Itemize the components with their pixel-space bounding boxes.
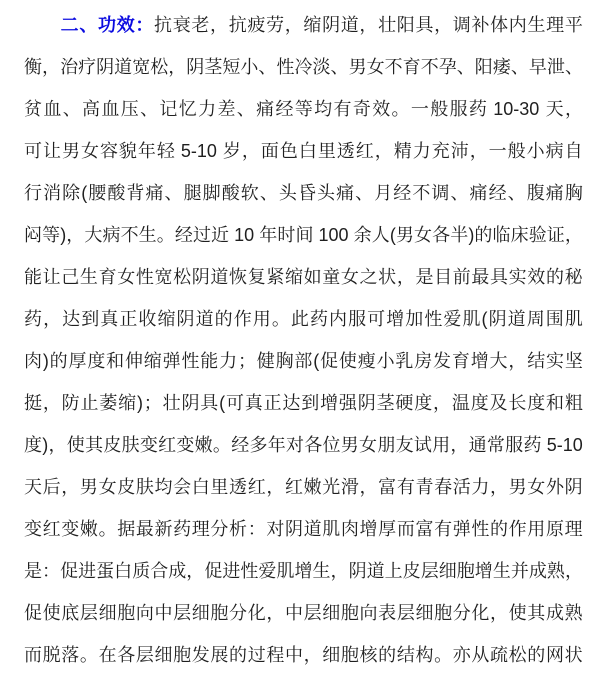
- body-text: 淡: [313, 46, 331, 88]
- body-text: 作: [234, 298, 252, 340]
- body-text: 年: [268, 424, 286, 466]
- body-text: 中: [285, 634, 303, 676]
- body-text: 除: [62, 172, 80, 214]
- body-text: 合: [150, 550, 168, 592]
- body-text: 是: [24, 550, 42, 592]
- heading-text: ：: [135, 4, 153, 46]
- body-text: ，: [490, 592, 508, 634]
- body-text: 围: [546, 298, 564, 340]
- body-text: 熟: [565, 592, 583, 634]
- body-text: 成: [546, 592, 564, 634]
- body-text: 闷: [24, 214, 42, 256]
- body-text: 向: [136, 592, 154, 634]
- body-text: 生: [80, 256, 98, 298]
- body-text: 面: [261, 130, 279, 172]
- body-text: 发: [433, 340, 451, 382]
- body-text: 细: [439, 550, 457, 592]
- body-text: 力: [198, 88, 216, 130]
- paragraph-line: 度)，使其皮肤变红变嫩。经多年对各位男女朋友试用，通常服药 5-10: [24, 424, 583, 466]
- body-text: 内: [329, 298, 347, 340]
- body-text: 构: [415, 634, 433, 676]
- body-text: ；: [238, 340, 256, 382]
- body-text: 调: [431, 172, 449, 214]
- body-text: 、: [165, 172, 183, 214]
- paragraph-line-first: 二、功效：抗衰老，抗疲劳，缩阴道，壮阳具，调补体内生理平: [24, 4, 583, 46]
- body-text: 、: [258, 46, 276, 88]
- body-text: 孕: [439, 46, 457, 88]
- document-page: 二、功效：抗衰老，抗疲劳，缩阴道，壮阳具，调补体内生理平衡，治疗阴道宽松，阴茎短…: [0, 0, 607, 692]
- body-text: 痛: [546, 172, 564, 214]
- body-text: 小: [240, 46, 258, 88]
- body-text: 层: [397, 592, 415, 634]
- body-text: 增: [294, 550, 312, 592]
- body-text: 药: [469, 88, 487, 130]
- body-text: 红: [356, 130, 374, 172]
- body-text: 道: [210, 256, 228, 298]
- body-text: 、: [457, 46, 475, 88]
- body-text: (: [81, 172, 87, 214]
- body-text: 部: [294, 340, 312, 382]
- body-text: 上: [385, 550, 403, 592]
- body-text: 貌: [119, 130, 137, 172]
- body-text: 层: [421, 550, 439, 592]
- body-text: 育: [403, 46, 421, 88]
- body-text: 止: [80, 382, 98, 424]
- paragraph-line: 可让男女容貌年轻 5-10 岁，面色白里透红，精力充沛，一般小病自: [24, 130, 583, 172]
- body-text: 进: [222, 550, 240, 592]
- body-text: 及: [490, 382, 508, 424]
- body-text: 内: [509, 4, 527, 46]
- body-text: ，: [285, 4, 303, 46]
- body-text: 会: [173, 466, 191, 508]
- body-text: 、: [511, 46, 529, 88]
- body-text: 滑: [341, 466, 359, 508]
- body-text: 松: [173, 256, 191, 298]
- body-text: 的: [490, 508, 508, 550]
- body-text: ，: [565, 550, 583, 592]
- body-text: 月: [374, 172, 392, 214]
- body-text: 。: [80, 634, 98, 676]
- body-text: 增: [475, 550, 493, 592]
- body-text: 阴: [192, 256, 210, 298]
- body-text: 。: [99, 508, 117, 550]
- body-text: 目: [434, 256, 452, 298]
- body-text: ，: [470, 130, 488, 172]
- body-text: 生: [139, 214, 157, 256]
- body-text: 分: [210, 508, 228, 550]
- body-text: 胸: [276, 340, 294, 382]
- body-text: 缩: [285, 256, 303, 298]
- body-text: 正: [264, 382, 282, 424]
- body-text: 光: [322, 466, 340, 508]
- body-text: 周: [527, 298, 545, 340]
- body-text: 可: [367, 298, 385, 340]
- body-text: 抗: [229, 4, 247, 46]
- body-text: 宽: [154, 256, 172, 298]
- body-text: 使: [339, 340, 357, 382]
- body-text: 使: [43, 592, 61, 634]
- body-text: 变: [140, 424, 158, 466]
- body-text: 效: [372, 88, 390, 130]
- body-text: 肌: [276, 550, 294, 592]
- body-text: 头: [279, 172, 297, 214]
- body-text: 皮: [403, 550, 421, 592]
- body-text: 的: [546, 256, 564, 298]
- body-text: 层: [173, 592, 191, 634]
- body-text: 透: [337, 130, 355, 172]
- body-text: 达: [282, 382, 300, 424]
- paragraph-line: 而脱落。在各层细胞发展的过程中，细胞核的结构。亦从疏松的网状: [24, 634, 583, 676]
- body-text: 爱: [443, 298, 461, 340]
- body-text: ，: [397, 256, 415, 298]
- body-text: 弹: [163, 340, 181, 382]
- body-text: 性: [181, 340, 199, 382]
- body-text: 蛋: [96, 550, 114, 592]
- body-text: 皮: [103, 424, 121, 466]
- body-text: 余: [354, 214, 372, 256]
- body-text: 增: [360, 508, 378, 550]
- body-text: 到: [301, 382, 319, 424]
- body-text: 度: [471, 382, 489, 424]
- body-text: ，: [360, 466, 378, 508]
- body-text: 一: [411, 88, 429, 130]
- body-text: 奇: [353, 88, 371, 130]
- body-text: 外: [546, 466, 564, 508]
- body-text: 大: [490, 340, 508, 382]
- body-text: 经: [489, 172, 507, 214]
- body-text: 弹: [453, 508, 471, 550]
- body-text: (: [219, 382, 225, 424]
- paragraph-line: 变红变嫩。据最新药理分析：对阴道肌肉增厚而富有弹性的作用原理: [24, 508, 583, 550]
- body-text: 过: [193, 214, 211, 256]
- body-text: 自: [565, 130, 583, 172]
- body-text: 向: [360, 592, 378, 634]
- body-text: 进: [78, 550, 96, 592]
- body-text: 性: [240, 550, 258, 592]
- body-text: 间: [295, 214, 313, 256]
- body-text: 中: [285, 592, 303, 634]
- body-text: 里: [210, 466, 228, 508]
- body-text: 胞: [457, 550, 475, 592]
- body-text: 、: [260, 172, 278, 214]
- body-text: 细: [192, 592, 210, 634]
- body-text: 精: [394, 130, 412, 172]
- body-text: 背: [126, 172, 144, 214]
- body-text: 年: [259, 214, 277, 256]
- body-text: 从: [471, 634, 489, 676]
- body-text: 有: [434, 508, 452, 550]
- body-text: 可: [24, 130, 42, 172]
- body-text: 调: [453, 4, 471, 46]
- body-text: 服: [450, 88, 468, 130]
- body-text: 平: [565, 4, 583, 46]
- body-text: 嫩: [304, 466, 322, 508]
- body-text: 女: [117, 256, 135, 298]
- body-text: 活: [453, 466, 471, 508]
- body-text: 的: [474, 214, 492, 256]
- body-text: ，: [242, 130, 260, 172]
- body-text: 加: [405, 298, 423, 340]
- body-text: 经: [275, 88, 293, 130]
- body-text: 衡: [24, 46, 42, 88]
- body-text: ，: [210, 4, 228, 46]
- body-text: 力: [413, 130, 431, 172]
- body-text: 5-10: [542, 424, 583, 466]
- body-text: 厚: [68, 340, 86, 382]
- body-text: ，: [508, 340, 526, 382]
- body-text: 老: [191, 4, 209, 46]
- paragraph-line: 肉)的厚度和伸缩弹性能力；健胸部(促使瘦小乳房发育增大，结实坚: [24, 340, 583, 382]
- body-text: 沛: [451, 130, 469, 172]
- body-text: 程: [266, 634, 284, 676]
- body-text: 挺: [24, 382, 42, 424]
- body-text: 阴: [181, 382, 199, 424]
- body-text: 层: [80, 592, 98, 634]
- body-text: ，: [266, 592, 284, 634]
- body-text: 昏: [298, 172, 316, 214]
- body-text: 的: [50, 340, 68, 382]
- body-text: 血: [101, 88, 119, 130]
- body-text: 肌: [322, 508, 340, 550]
- body-text: 细: [99, 592, 117, 634]
- body-text: 短: [222, 46, 240, 88]
- body-text: 、: [508, 172, 526, 214]
- body-text: 中: [154, 592, 172, 634]
- body-text: ): [43, 340, 49, 382]
- body-text: 年: [138, 130, 156, 172]
- body-text: 。: [272, 298, 290, 340]
- body-text: 过: [248, 634, 266, 676]
- body-text: 嫩: [80, 508, 98, 550]
- body-text: 作: [509, 508, 527, 550]
- body-text: 和: [546, 382, 564, 424]
- body-text: 并: [511, 550, 529, 592]
- paragraph-line: 能让己生育女性宽松阴道恢复紧缩如童女之状，是目前最具实效的秘: [24, 256, 583, 298]
- body-text: 泄: [547, 46, 565, 88]
- body-text: 治: [60, 46, 78, 88]
- body-text: 肤: [122, 424, 140, 466]
- body-text: 抗: [154, 4, 172, 46]
- body-text: ，: [66, 214, 84, 256]
- body-text: 道: [508, 298, 526, 340]
- body-text: 。: [157, 214, 175, 256]
- heading-text: 、: [79, 4, 97, 46]
- body-text: 细: [322, 592, 340, 634]
- body-text: 阳: [397, 4, 415, 46]
- body-text: 发: [192, 634, 210, 676]
- body-text: 缩: [303, 4, 321, 46]
- body-text: 友: [396, 424, 414, 466]
- body-text: 细: [415, 592, 433, 634]
- body-text: 用: [432, 424, 450, 466]
- heading-text: 二: [61, 4, 79, 46]
- body-text: 各: [432, 214, 450, 256]
- body-text: 茎: [204, 46, 222, 88]
- body-text: 而: [397, 508, 415, 550]
- body-text: 不: [385, 46, 403, 88]
- body-text: 、: [565, 46, 583, 88]
- body-text: 具: [490, 256, 508, 298]
- body-text: 冷: [294, 46, 312, 88]
- body-text: (: [482, 298, 488, 340]
- body-text: 胞: [434, 592, 452, 634]
- body-text: 促: [204, 550, 222, 592]
- body-text: 用: [253, 298, 271, 340]
- body-text: 痛: [336, 172, 354, 214]
- body-text: 5-10: [176, 130, 222, 172]
- body-text: 是: [415, 256, 433, 298]
- body-text: 各: [304, 424, 322, 466]
- body-text: 分: [229, 592, 247, 634]
- body-text: 层: [136, 634, 154, 676]
- body-text: 健: [257, 340, 275, 382]
- body-text: 成: [168, 550, 186, 592]
- body-text: 春: [434, 466, 452, 508]
- body-text: 的: [527, 634, 545, 676]
- body-text: 10: [229, 214, 259, 256]
- body-text: 强: [339, 382, 357, 424]
- body-text: ：: [248, 508, 266, 550]
- body-text: 、: [140, 88, 158, 130]
- body-text: ): [137, 382, 143, 424]
- body-text: 核: [360, 634, 378, 676]
- body-text: 状: [565, 634, 583, 676]
- body-text: 促: [24, 592, 42, 634]
- body-text: 化: [471, 592, 489, 634]
- body-text: 、: [355, 172, 373, 214]
- body-text: 消: [43, 172, 61, 214]
- paragraph-line: 贫血、高血压、记忆力差、痛经等均有奇效。一般服药 10-30 天，: [24, 88, 583, 130]
- body-text: 证: [547, 214, 565, 256]
- body-text: 防: [62, 382, 80, 424]
- body-text: 使: [509, 592, 527, 634]
- body-text: 胞: [210, 592, 228, 634]
- body-text: 宽: [132, 46, 150, 88]
- body-text: 药: [173, 508, 191, 550]
- body-text: 高: [82, 88, 100, 130]
- body-text: ): [468, 214, 474, 256]
- body-text: 性: [424, 298, 442, 340]
- body-text: ，: [168, 46, 186, 88]
- body-text: 变: [61, 508, 79, 550]
- body-text: 长: [508, 382, 526, 424]
- body-text: 阴: [186, 46, 204, 88]
- body-text: 增: [386, 298, 404, 340]
- body-text: 天: [24, 466, 42, 508]
- body-text: 忆: [179, 88, 197, 130]
- body-text: 经: [231, 424, 249, 466]
- body-text: 临: [493, 214, 511, 256]
- body-text: 记: [159, 88, 177, 130]
- body-text: 小: [527, 130, 545, 172]
- body-text: 肉: [341, 508, 359, 550]
- body-text: 之: [360, 256, 378, 298]
- body-text: 病: [546, 130, 564, 172]
- body-text: 男: [396, 214, 414, 256]
- body-text: 女: [99, 466, 117, 508]
- body-text: 如: [304, 256, 322, 298]
- body-text: 析: [229, 508, 247, 550]
- body-text: 质: [132, 550, 150, 592]
- body-text: 增: [471, 340, 489, 382]
- body-text: 状: [378, 256, 396, 298]
- body-text: 和: [106, 340, 124, 382]
- body-text: 床: [511, 214, 529, 256]
- body-text: 壮: [378, 4, 396, 46]
- body-text: 对: [266, 508, 284, 550]
- body-text: 压: [121, 88, 139, 130]
- body-text: ，: [359, 4, 377, 46]
- paragraph-line: 行消除(腰酸背痛、腿脚酸软、头昏头痛、月经不调、痛经、腹痛胸: [24, 172, 583, 214]
- body-text: 验: [529, 214, 547, 256]
- body-text: 肌: [462, 298, 480, 340]
- body-text: 阴: [322, 4, 340, 46]
- body-text: ): [60, 214, 66, 256]
- body-text: 不: [121, 214, 139, 256]
- body-text: 道: [341, 4, 359, 46]
- body-text: 不: [421, 46, 439, 88]
- body-text: 通: [469, 424, 487, 466]
- body-text: ，: [42, 46, 60, 88]
- paragraph-line: 挺，防止萎缩)；壮阴具(可真正达到增强阴茎硬度，温度及长度和粗: [24, 382, 583, 424]
- paragraph-line: 天后，男女皮肤均会白里透红，红嫩光滑，富有青春活力，男女外阴: [24, 466, 583, 508]
- body-text: 性: [471, 508, 489, 550]
- body-text: 充: [432, 130, 450, 172]
- body-text: 大: [84, 214, 102, 256]
- body-text: 新: [154, 508, 172, 550]
- body-text: 真: [100, 298, 118, 340]
- body-text: 落: [61, 634, 79, 676]
- body-text: 展: [210, 634, 228, 676]
- body-text: 、: [63, 88, 81, 130]
- paragraph-line: 衡，治疗阴道宽松，阴茎短小、性冷淡、男女不育不孕、阳痿、早泄、: [24, 46, 583, 88]
- body-text: 。: [392, 88, 410, 130]
- body-text: 腿: [184, 172, 202, 214]
- body-text: 此: [291, 298, 309, 340]
- body-text: 疏: [490, 634, 508, 676]
- body-text: 前: [453, 256, 471, 298]
- body-text: 瘦: [358, 340, 376, 382]
- body-text: 道: [114, 46, 132, 88]
- body-text: 秘: [565, 256, 583, 298]
- body-text: 爱: [258, 550, 276, 592]
- body-text: 软: [241, 172, 259, 214]
- body-text: 差: [217, 88, 235, 130]
- body-text: 、: [237, 88, 255, 130]
- body-text: 等: [42, 214, 60, 256]
- body-text: 药: [523, 424, 541, 466]
- body-text: 理: [546, 4, 564, 46]
- body-text: 萎: [99, 382, 117, 424]
- body-text: 生: [493, 550, 511, 592]
- paragraph-line: 闷等)，大病不生。经过近 10 年时间 100 余人(男女各半)的临床验证，: [24, 214, 583, 256]
- body-text: 缩: [157, 298, 175, 340]
- body-text: 时: [277, 214, 295, 256]
- body-text: 色: [280, 130, 298, 172]
- body-text: 效: [527, 256, 545, 298]
- body-text: 朋: [377, 424, 395, 466]
- body-text: 到: [81, 298, 99, 340]
- body-text: 壮: [163, 382, 181, 424]
- body-text: ，: [331, 550, 349, 592]
- body-text: 底: [61, 592, 79, 634]
- body-text: 达: [62, 298, 80, 340]
- body-text: 有: [334, 88, 352, 130]
- body-text: 己: [61, 256, 79, 298]
- body-text: 化: [248, 592, 266, 634]
- body-text: ，: [490, 466, 508, 508]
- body-text: ): [42, 424, 48, 466]
